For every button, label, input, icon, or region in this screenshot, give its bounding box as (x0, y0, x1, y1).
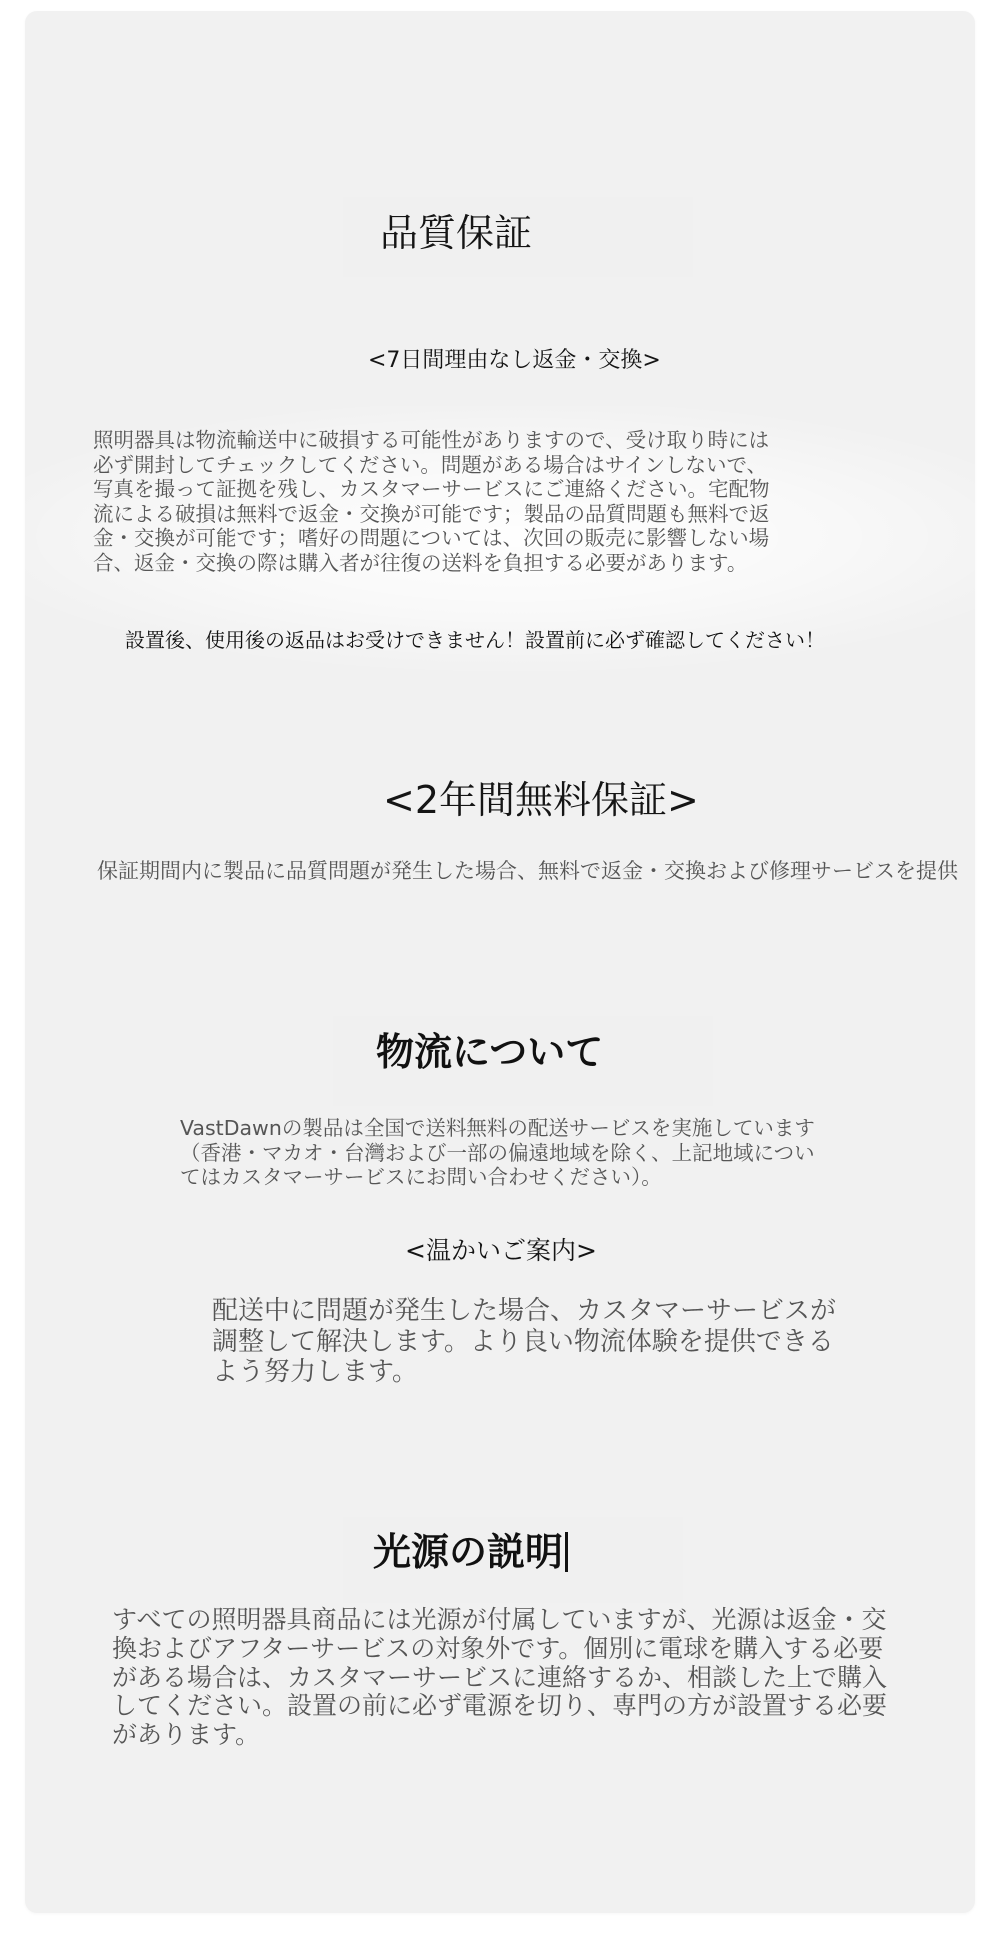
quality-title: 品質保証 (380, 210, 532, 256)
return-policy-paragraph: 照明器具は物流輸送中に破損する可能性がありますので、受け取り時には必ず開封してチ… (93, 428, 783, 576)
notice-subtitle: <温かいご案内> (405, 1234, 597, 1268)
logistics-paragraph: VastDawnの製品は全国で送料無料の配送サービスを実施しています（香港・マカ… (180, 1116, 830, 1190)
notice-paragraph: 配送中に問題が発生した場合、カスタマーサービスが調整して解決します。より良い物流… (212, 1296, 842, 1388)
return-policy-subtitle: <7日間理由なし返金・交換> (368, 346, 661, 376)
light-source-title-text: 光源の説明 (373, 1530, 563, 1574)
light-source-title: 光源の説明 (373, 1528, 568, 1576)
light-source-paragraph: すべての照明器具商品には光源が付属していますが、光源は返金・交換およびアフターサ… (112, 1606, 902, 1750)
logistics-title: 物流について (376, 1028, 603, 1076)
warranty-title: <2年間無料保証> (383, 776, 699, 824)
warranty-paragraph: 保証期間内に製品に品質問題が発生した場合、無料で返金・交換および修理サービスを提… (97, 856, 958, 886)
installation-warning-note: 設置後、使用後の返品はお受けできません！設置前に必ず確認してください！ (125, 626, 825, 654)
text-cursor (565, 1532, 568, 1572)
